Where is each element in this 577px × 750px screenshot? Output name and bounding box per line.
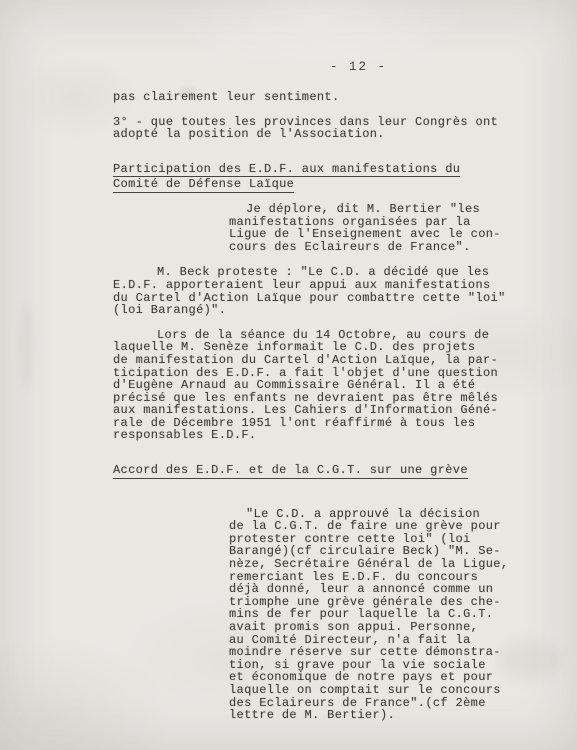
text-line: (loi Barangé)". [113,304,547,317]
text-line: moindre réserve sur cette démonstra- [229,646,547,659]
text-line: Accord des E.D.F. et de la C.G.T. sur un… [113,464,468,479]
text-line: cours des Eclaireurs de France". [229,241,547,254]
quoted-passage: Je déplore, dit M. Bertier "lesmanifesta… [229,203,547,253]
text-line: lettre de M. Bertier). [229,709,547,722]
text-line: Ligue de l'Enseignement avec le con- [229,228,547,241]
quoted-passage: "Le C.D. a approuvé la décisionde la C.G… [229,508,547,722]
text-line: aux manifestations. Les Cahiers d'Inform… [113,404,547,417]
text-line: responsables E.D.F. [113,429,547,442]
text-line: de la C.G.T. de faire une grève pour [229,520,547,533]
paragraph: 3° - que toutes les provinces dans leur … [113,116,547,141]
paragraph: pas clairement leur sentiment. [113,91,547,104]
text-line: avait promis son appui. Personne, [229,621,547,634]
text-line: déjà donné, leur a annoncé comme un [229,583,547,596]
text-line: pas clairement leur sentiment. [113,91,547,104]
section-heading: Accord des E.D.F. et de la C.G.T. sur un… [113,464,547,479]
paragraph: M. Beck proteste : "Le C.D. a décidé que… [113,266,547,316]
text-line: de manifestation du Cartel d'Action Laïq… [113,354,547,367]
section-heading: Participation des E.D.F. aux manifestati… [113,163,547,193]
scanned-typewritten-page: - 12 - pas clairement leur sentiment.3° … [0,0,577,750]
text-line: d'Eugène Arnaud au Commissaire Général. … [113,379,547,392]
text-line: Je déplore, dit M. Bertier "les [229,203,547,216]
text-line: nèze, Secrétaire Général de la Ligue, [229,558,547,571]
text-line: Participation des E.D.F. aux manifestati… [113,163,460,178]
text-line: adopté la position de l'Association. [113,128,547,141]
text-line: laquelle on comptait sur le concours [229,684,547,697]
text-line: Comité de Défense Laïque [113,178,294,193]
page-number: - 12 - [330,60,387,74]
document-body: pas clairement leur sentiment.3° - que t… [113,91,547,747]
paper-stain [22,300,32,390]
paragraph: Lors de la séance du 14 Octobre, au cour… [113,329,547,442]
text-line: E.D.F. apporteraient leur appui aux mani… [113,279,547,292]
